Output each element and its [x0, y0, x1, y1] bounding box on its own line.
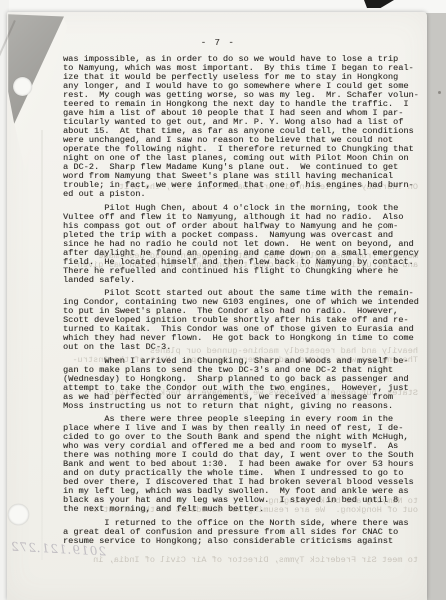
scan-speck: [438, 91, 441, 94]
page-number: - 7 -: [0, 38, 436, 48]
paragraph-5: As there were three people sleeping in e…: [63, 415, 435, 514]
document-body: was impossible, as in order to do so we …: [63, 55, 435, 550]
paragraph-3: Pilot Scott started out about the same t…: [63, 289, 435, 352]
scan-speck: [163, 112, 165, 114]
paragraph-1: was impossible, as in order to do so we …: [63, 55, 435, 199]
paragraph-2: Pilot Hugh Chen, about 4 o'clock in the …: [63, 204, 435, 285]
scanned-document-page: On Thursday I called on Sir Archibald Cl…: [0, 0, 446, 600]
punch-hole-top: [13, 77, 32, 96]
punch-hole-bottom: [8, 504, 29, 525]
paragraph-6: I returned to the office on the North si…: [63, 519, 435, 546]
scan-speck: [378, 228, 380, 230]
vertical-crease: [41, 130, 43, 560]
paragraph-4: When I arrived in Chungking, Sharp and W…: [63, 357, 435, 411]
